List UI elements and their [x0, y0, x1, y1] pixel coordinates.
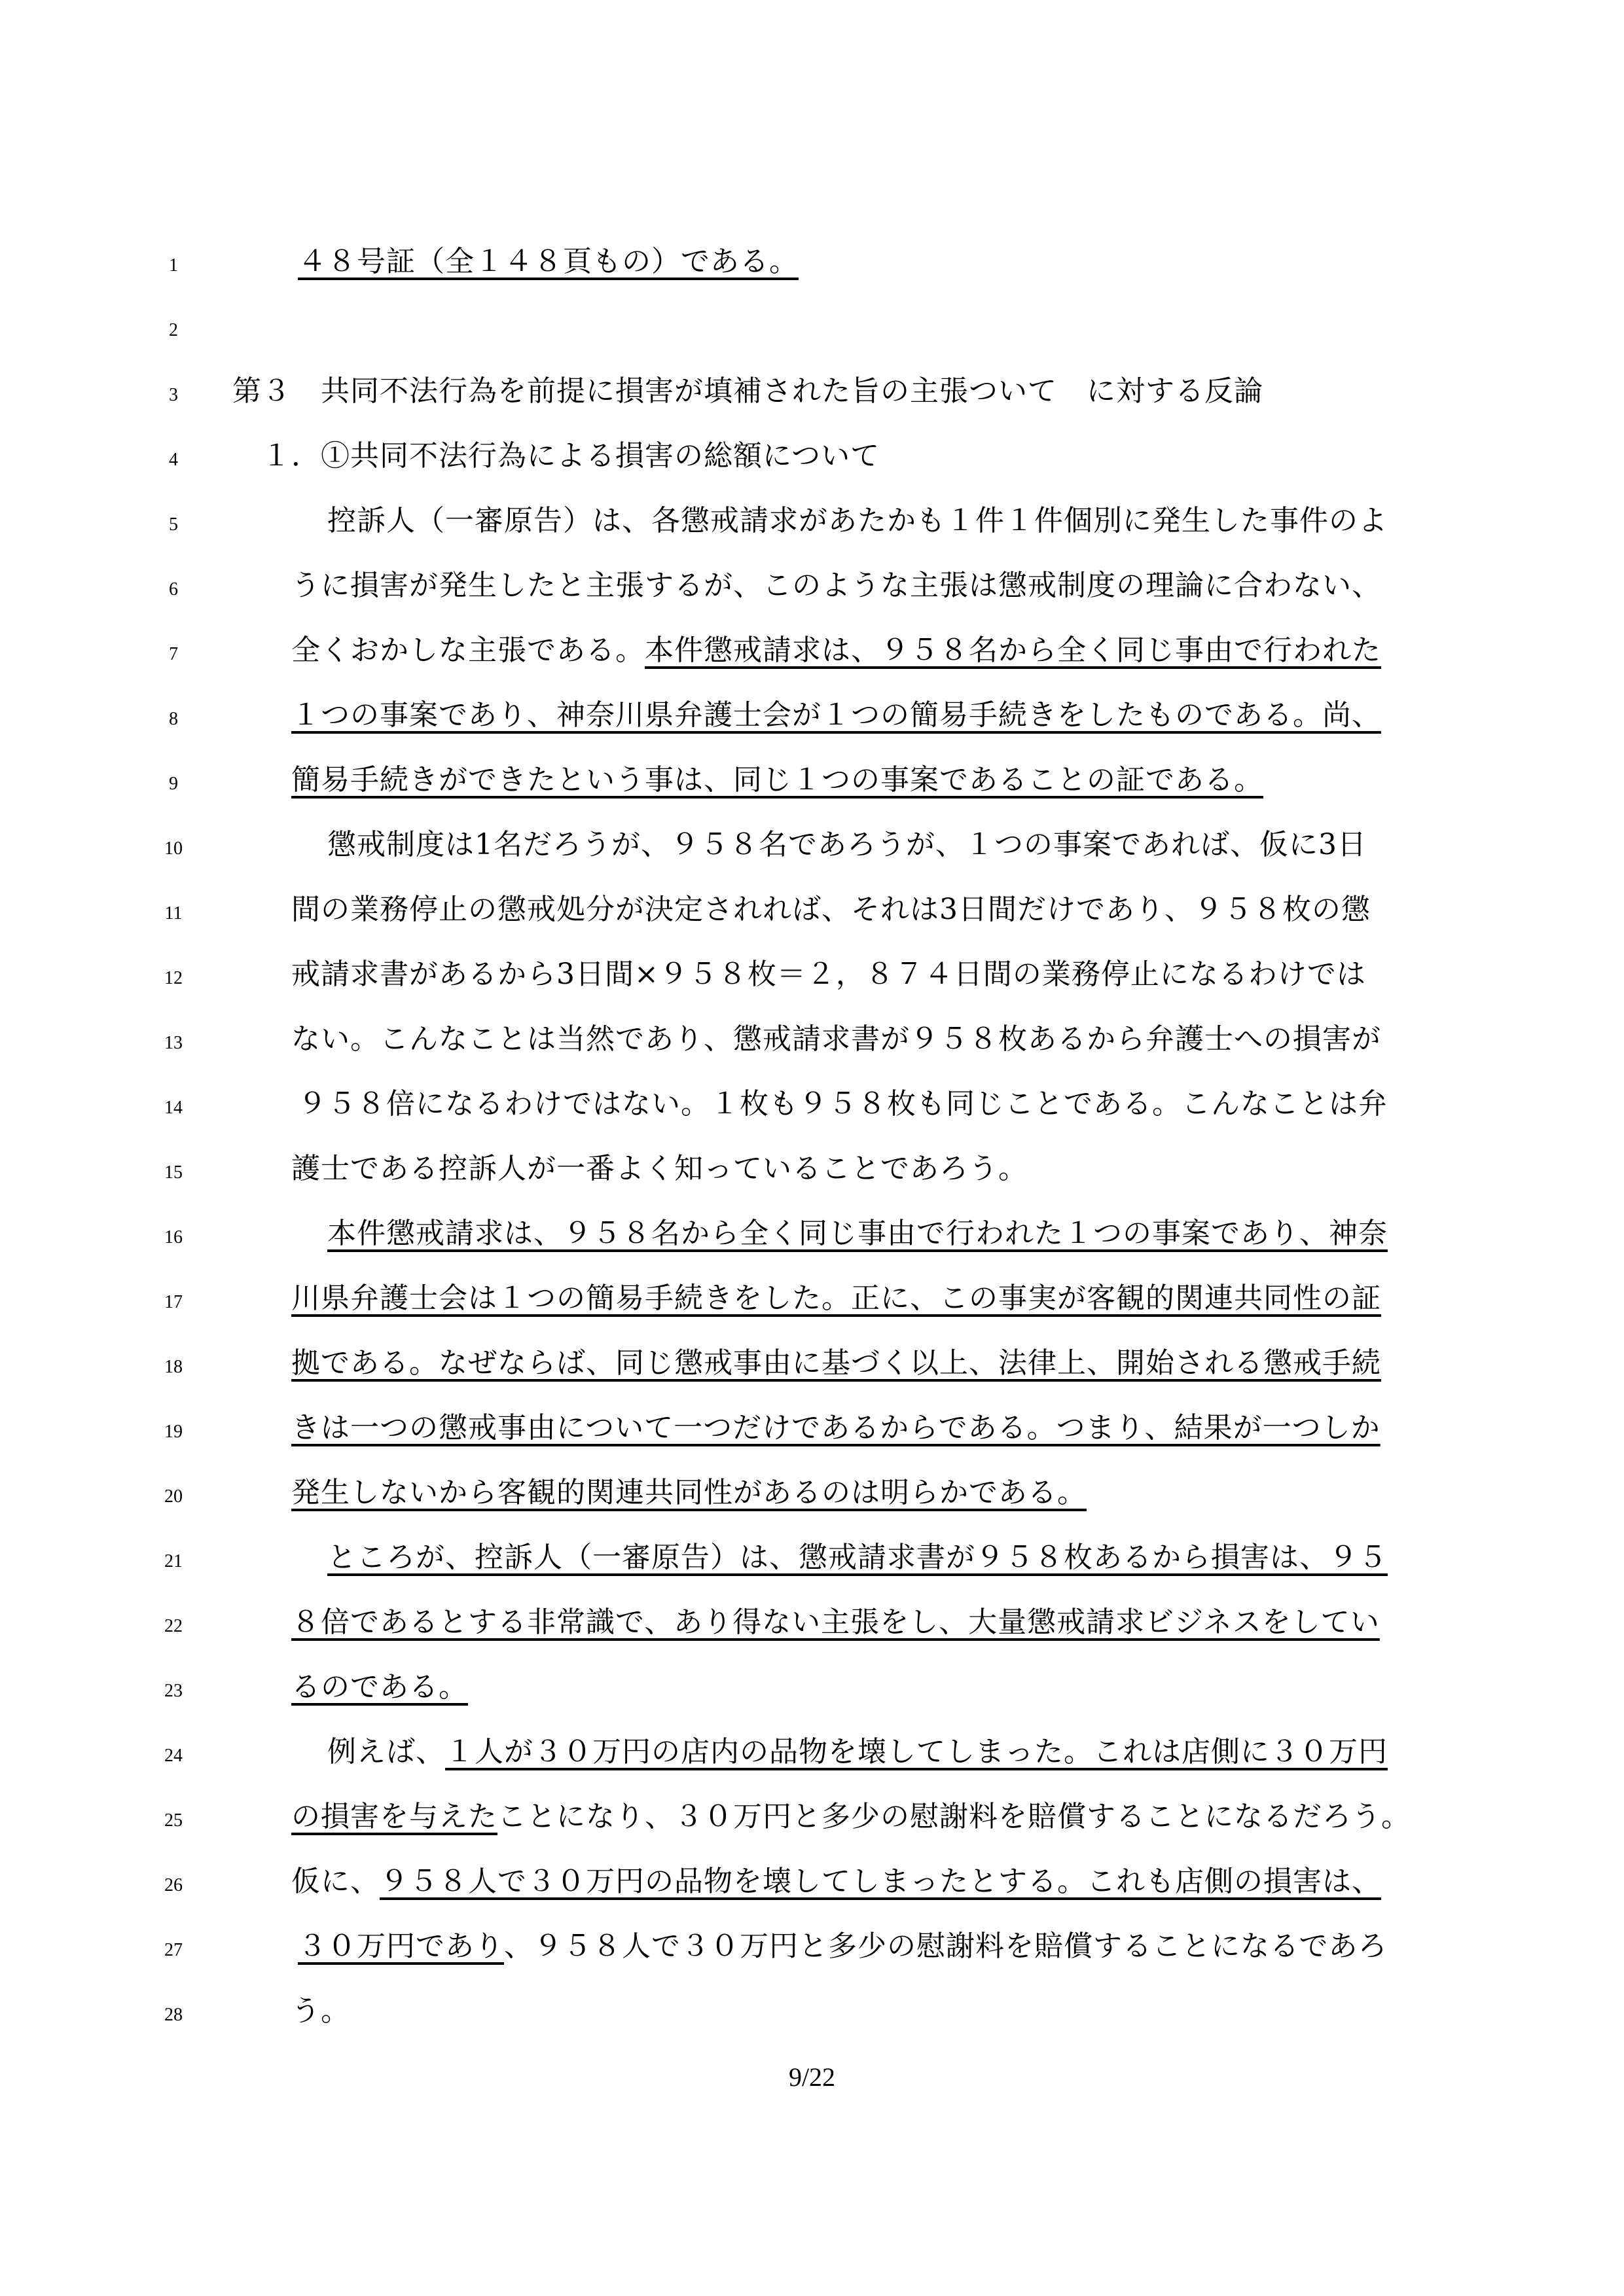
line-number: 25 — [151, 1810, 196, 1831]
document-line: 27 ３０万円であり、９５８人で３０万円と多少の慰謝料を賠償することになるであろ — [0, 1920, 1624, 1985]
line-text: 戒請求書があるから3日間×９５８枚＝２，８７４日間の業務停止になるわけでは — [291, 955, 1483, 994]
line-text: ９５８倍になるわけではない。１枚も９５８枚も同じことである。こんなことは弁 — [298, 1085, 1489, 1124]
line-number: 16 — [151, 1227, 196, 1248]
document-line: 17 川県弁護士会は１つの簡易手続きをした。正に、この事実が客観的関連共同性の証 — [0, 1272, 1624, 1337]
underlined-text: 川県弁護士会は１つの簡易手続きをした。正に、この事実が客観的関連共同性の証 — [291, 1282, 1381, 1315]
line-text: うに損害が発生したと主張するが、このような主張は懲戒制度の理論に合わない、 — [291, 566, 1483, 605]
plain-text: 、９５８人で３０万円と多少の慰謝料を賠償することになるであろ — [504, 1929, 1388, 1963]
line-text: １つの事案であり、神奈川県弁護士会が１つの簡易手続きをしたものである。尚、 — [291, 696, 1483, 735]
underlined-text: 拠である。なぜならば、同じ懲戒事由に基づく以上、法律上、開始される懲戒手続 — [291, 1346, 1381, 1380]
line-number: 21 — [151, 1551, 196, 1572]
document-line: 22 ８倍であるとする非常識で、あり得ない主張をし、大量懲戒請求ビジネスをしてい — [0, 1596, 1624, 1661]
line-number: 24 — [151, 1746, 196, 1767]
plain-text: ことになり、３０万円と多少の慰謝料を賠償することになるだろう。 — [497, 1800, 1411, 1833]
line-text: るのである。 — [291, 1668, 1483, 1707]
document-line: 2 — [0, 300, 1624, 365]
line-text: 拠である。なぜならば、同じ懲戒事由に基づく以上、法律上、開始される懲戒手続 — [291, 1344, 1483, 1383]
line-number: 9 — [151, 774, 196, 795]
line-number: 19 — [151, 1422, 196, 1443]
line-number: 23 — [151, 1681, 196, 1702]
line-number: 27 — [151, 1940, 196, 1961]
underlined-text: ところが、控訴人（一審原告）は、懲戒請求書が９５８枚あるから損害は、９５ — [327, 1541, 1388, 1574]
document-line: 16 本件懲戒請求は、９５８名から全く同じ事由で行われた１つの事案であり、神奈 — [0, 1208, 1624, 1272]
underlined-text: るのである。 — [291, 1670, 468, 1704]
line-text: ３０万円であり、９５８人で３０万円と多少の慰謝料を賠償することになるであろ — [298, 1927, 1489, 1966]
document-line: 25 の損害を与えたことになり、３０万円と多少の慰謝料を賠償することになるだろう… — [0, 1791, 1624, 1856]
line-text: ところが、控訴人（一審原告）は、懲戒請求書が９５８枚あるから損害は、９５ — [327, 1538, 1519, 1577]
line-number: 20 — [151, 1486, 196, 1507]
document-line: 9 簡易手続きができたという事は、同じ１つの事案であることの証である。 — [0, 754, 1624, 819]
line-number: 17 — [151, 1292, 196, 1313]
document-line: 18 拠である。なぜならば、同じ懲戒事由に基づく以上、法律上、開始される懲戒手続 — [0, 1337, 1624, 1402]
line-text: 簡易手続きができたという事は、同じ１つの事案であることの証である。 — [291, 761, 1483, 800]
line-text: 間の業務停止の懲戒処分が決定されれば、それは3日間だけであり、９５８枚の懲 — [291, 890, 1483, 929]
line-text: 懲戒制度は1名だろうが、９５８名であろうが、１つの事案であれば、仮に3日 — [327, 825, 1519, 865]
document-line: 20 発生しないから客観的関連共同性があるのは明らかである。 — [0, 1467, 1624, 1532]
line-number: 18 — [151, 1357, 196, 1378]
document-line: 10 懲戒制度は1名だろうが、９５８名であろうが、１つの事案であれば、仮に3日 — [0, 819, 1624, 884]
document-line: 19 きは一つの懲戒事由について一つだけであるからである。つまり、結果が一つしか — [0, 1402, 1624, 1467]
document-line: 23 るのである。 — [0, 1661, 1624, 1726]
underlined-text: ３０万円であり — [298, 1929, 504, 1963]
document-line: 1 ４８号証（全１４８頁もの）である。 — [0, 236, 1624, 300]
line-number: 8 — [151, 709, 196, 730]
document-line: 26 仮に、９５８人で３０万円の品物を壊してしまったとする。これも店側の損害は、 — [0, 1856, 1624, 1920]
page-number: 9/22 — [0, 2062, 1624, 2092]
line-number: 6 — [151, 579, 196, 600]
line-text: う。 — [291, 1992, 1483, 2031]
line-text: 本件懲戒請求は、９５８名から全く同じ事由で行われた１つの事案であり、神奈 — [327, 1214, 1519, 1253]
plain-text: 例えば、 — [327, 1735, 445, 1768]
line-number: 14 — [151, 1098, 196, 1119]
subsection-heading: １．①共同不法行為による損害の総額について — [262, 437, 1453, 476]
line-text: 川県弁護士会は１つの簡易手続きをした。正に、この事実が客観的関連共同性の証 — [291, 1279, 1483, 1318]
underlined-text: きは一つの懲戒事由について一つだけであるからである。つまり、結果が一つしか — [291, 1411, 1380, 1444]
document-line: 11 間の業務停止の懲戒処分が決定されれば、それは3日間だけであり、９５８枚の懲 — [0, 884, 1624, 948]
underlined-text: １人が３０万円の店内の品物を壊してしまった。これは店側に３０万円 — [445, 1735, 1388, 1768]
document-line: 15 護士である控訴人が一番よく知っていることであろう。 — [0, 1143, 1624, 1208]
line-text: 全くおかしな主張である。本件懲戒請求は、９５８名から全く同じ事由で行われた — [291, 631, 1483, 670]
underlined-text: の損害を与えた — [291, 1800, 497, 1833]
line-number: 4 — [151, 450, 196, 471]
document-line: 12 戒請求書があるから3日間×９５８枚＝２，８７４日間の業務停止になるわけでは — [0, 948, 1624, 1013]
document-line: 7 全くおかしな主張である。本件懲戒請求は、９５８名から全く同じ事由で行われた — [0, 624, 1624, 689]
line-number: 22 — [151, 1616, 196, 1637]
underlined-text: ４８号証（全１４８頁もの）である。 — [298, 245, 799, 278]
line-text: 仮に、９５８人で３０万円の品物を壊してしまったとする。これも店側の損害は、 — [291, 1862, 1483, 1901]
document-line: 24 例えば、１人が３０万円の店内の品物を壊してしまった。これは店側に３０万円 — [0, 1726, 1624, 1791]
line-number: 7 — [151, 644, 196, 665]
line-number: 11 — [151, 903, 196, 924]
line-number: 5 — [151, 514, 196, 535]
line-text: ない。こんなことは当然であり、懲戒請求書が９５８枚あるから弁護士への損害が — [291, 1020, 1483, 1059]
underlined-text: １つの事案であり、神奈川県弁護士会が１つの簡易手続きをしたものである。尚、 — [291, 698, 1381, 732]
document-line: 28 う。 — [0, 1985, 1624, 2050]
line-number: 3 — [151, 385, 196, 406]
document-line: 6 うに損害が発生したと主張するが、このような主張は懲戒制度の理論に合わない、 — [0, 560, 1624, 624]
document-line: 14 ９５８倍になるわけではない。１枚も９５８枚も同じことである。こんなことは弁 — [0, 1078, 1624, 1143]
line-text: 控訴人（一審原告）は、各懲戒請求があたかも１件１件個別に発生した事件のよ — [327, 501, 1519, 541]
document-line: 13 ない。こんなことは当然であり、懲戒請求書が９５８枚あるから弁護士への損害が — [0, 1013, 1624, 1078]
line-text: の損害を与えたことになり、３０万円と多少の慰謝料を賠償することになるだろう。 — [291, 1797, 1483, 1837]
line-text: ８倍であるとする非常識で、あり得ない主張をし、大量懲戒請求ビジネスをしてい — [291, 1603, 1483, 1642]
document-page: 1 ４８号証（全１４８頁もの）である。 2 3 第３ 共同不法行為を前提に損害が… — [0, 0, 1624, 2296]
plain-text: 仮に、 — [291, 1865, 380, 1898]
line-text: 発生しないから客観的関連共同性があるのは明らかである。 — [291, 1473, 1483, 1513]
line-number: 15 — [151, 1162, 196, 1183]
section-heading-line: 3 第３ 共同不法行為を前提に損害が填補された旨の主張ついて に対する反論 — [0, 365, 1624, 430]
line-text: 護士である控訴人が一番よく知っていることであろう。 — [291, 1149, 1483, 1189]
document-line: 8 １つの事案であり、神奈川県弁護士会が１つの簡易手続きをしたものである。尚、 — [0, 689, 1624, 754]
line-number: 26 — [151, 1875, 196, 1896]
underlined-text: 本件懲戒請求は、９５８名から全く同じ事由で行われた — [645, 634, 1381, 667]
line-text: きは一つの懲戒事由について一つだけであるからである。つまり、結果が一つしか — [291, 1408, 1483, 1448]
underlined-text: 本件懲戒請求は、９５８名から全く同じ事由で行われた１つの事案であり、神奈 — [327, 1217, 1388, 1250]
line-number: 13 — [151, 1033, 196, 1054]
line-number: 28 — [151, 2005, 196, 2026]
document-line: 5 控訴人（一審原告）は、各懲戒請求があたかも１件１件個別に発生した事件のよ — [0, 495, 1624, 560]
line-number: 12 — [151, 968, 196, 989]
document-line: 21 ところが、控訴人（一審原告）は、懲戒請求書が９５８枚あるから損害は、９５ — [0, 1532, 1624, 1596]
line-number: 10 — [151, 838, 196, 859]
subsection-heading-line: 4 １．①共同不法行為による損害の総額について — [0, 430, 1624, 495]
line-text: 例えば、１人が３０万円の店内の品物を壊してしまった。これは店側に３０万円 — [327, 1732, 1519, 1772]
underlined-text: ９５８人で３０万円の品物を壊してしまったとする。これも店側の損害は、 — [380, 1865, 1381, 1898]
line-text: ４８号証（全１４８頁もの）である。 — [298, 242, 1489, 281]
line-number: 2 — [151, 320, 196, 341]
underlined-text: ８倍であるとする非常識で、あり得ない主張をし、大量懲戒請求ビジネスをしてい — [291, 1605, 1380, 1639]
underlined-text: 発生しないから客観的関連共同性があるのは明らかである。 — [291, 1476, 1087, 1509]
plain-text: 全くおかしな主張である。 — [291, 634, 645, 667]
line-number: 1 — [151, 255, 196, 276]
section-heading: 第３ 共同不法行為を前提に損害が填補された旨の主張ついて に対する反論 — [232, 372, 1424, 411]
underlined-text: 簡易手続きができたという事は、同じ１つの事案であることの証である。 — [291, 763, 1263, 797]
